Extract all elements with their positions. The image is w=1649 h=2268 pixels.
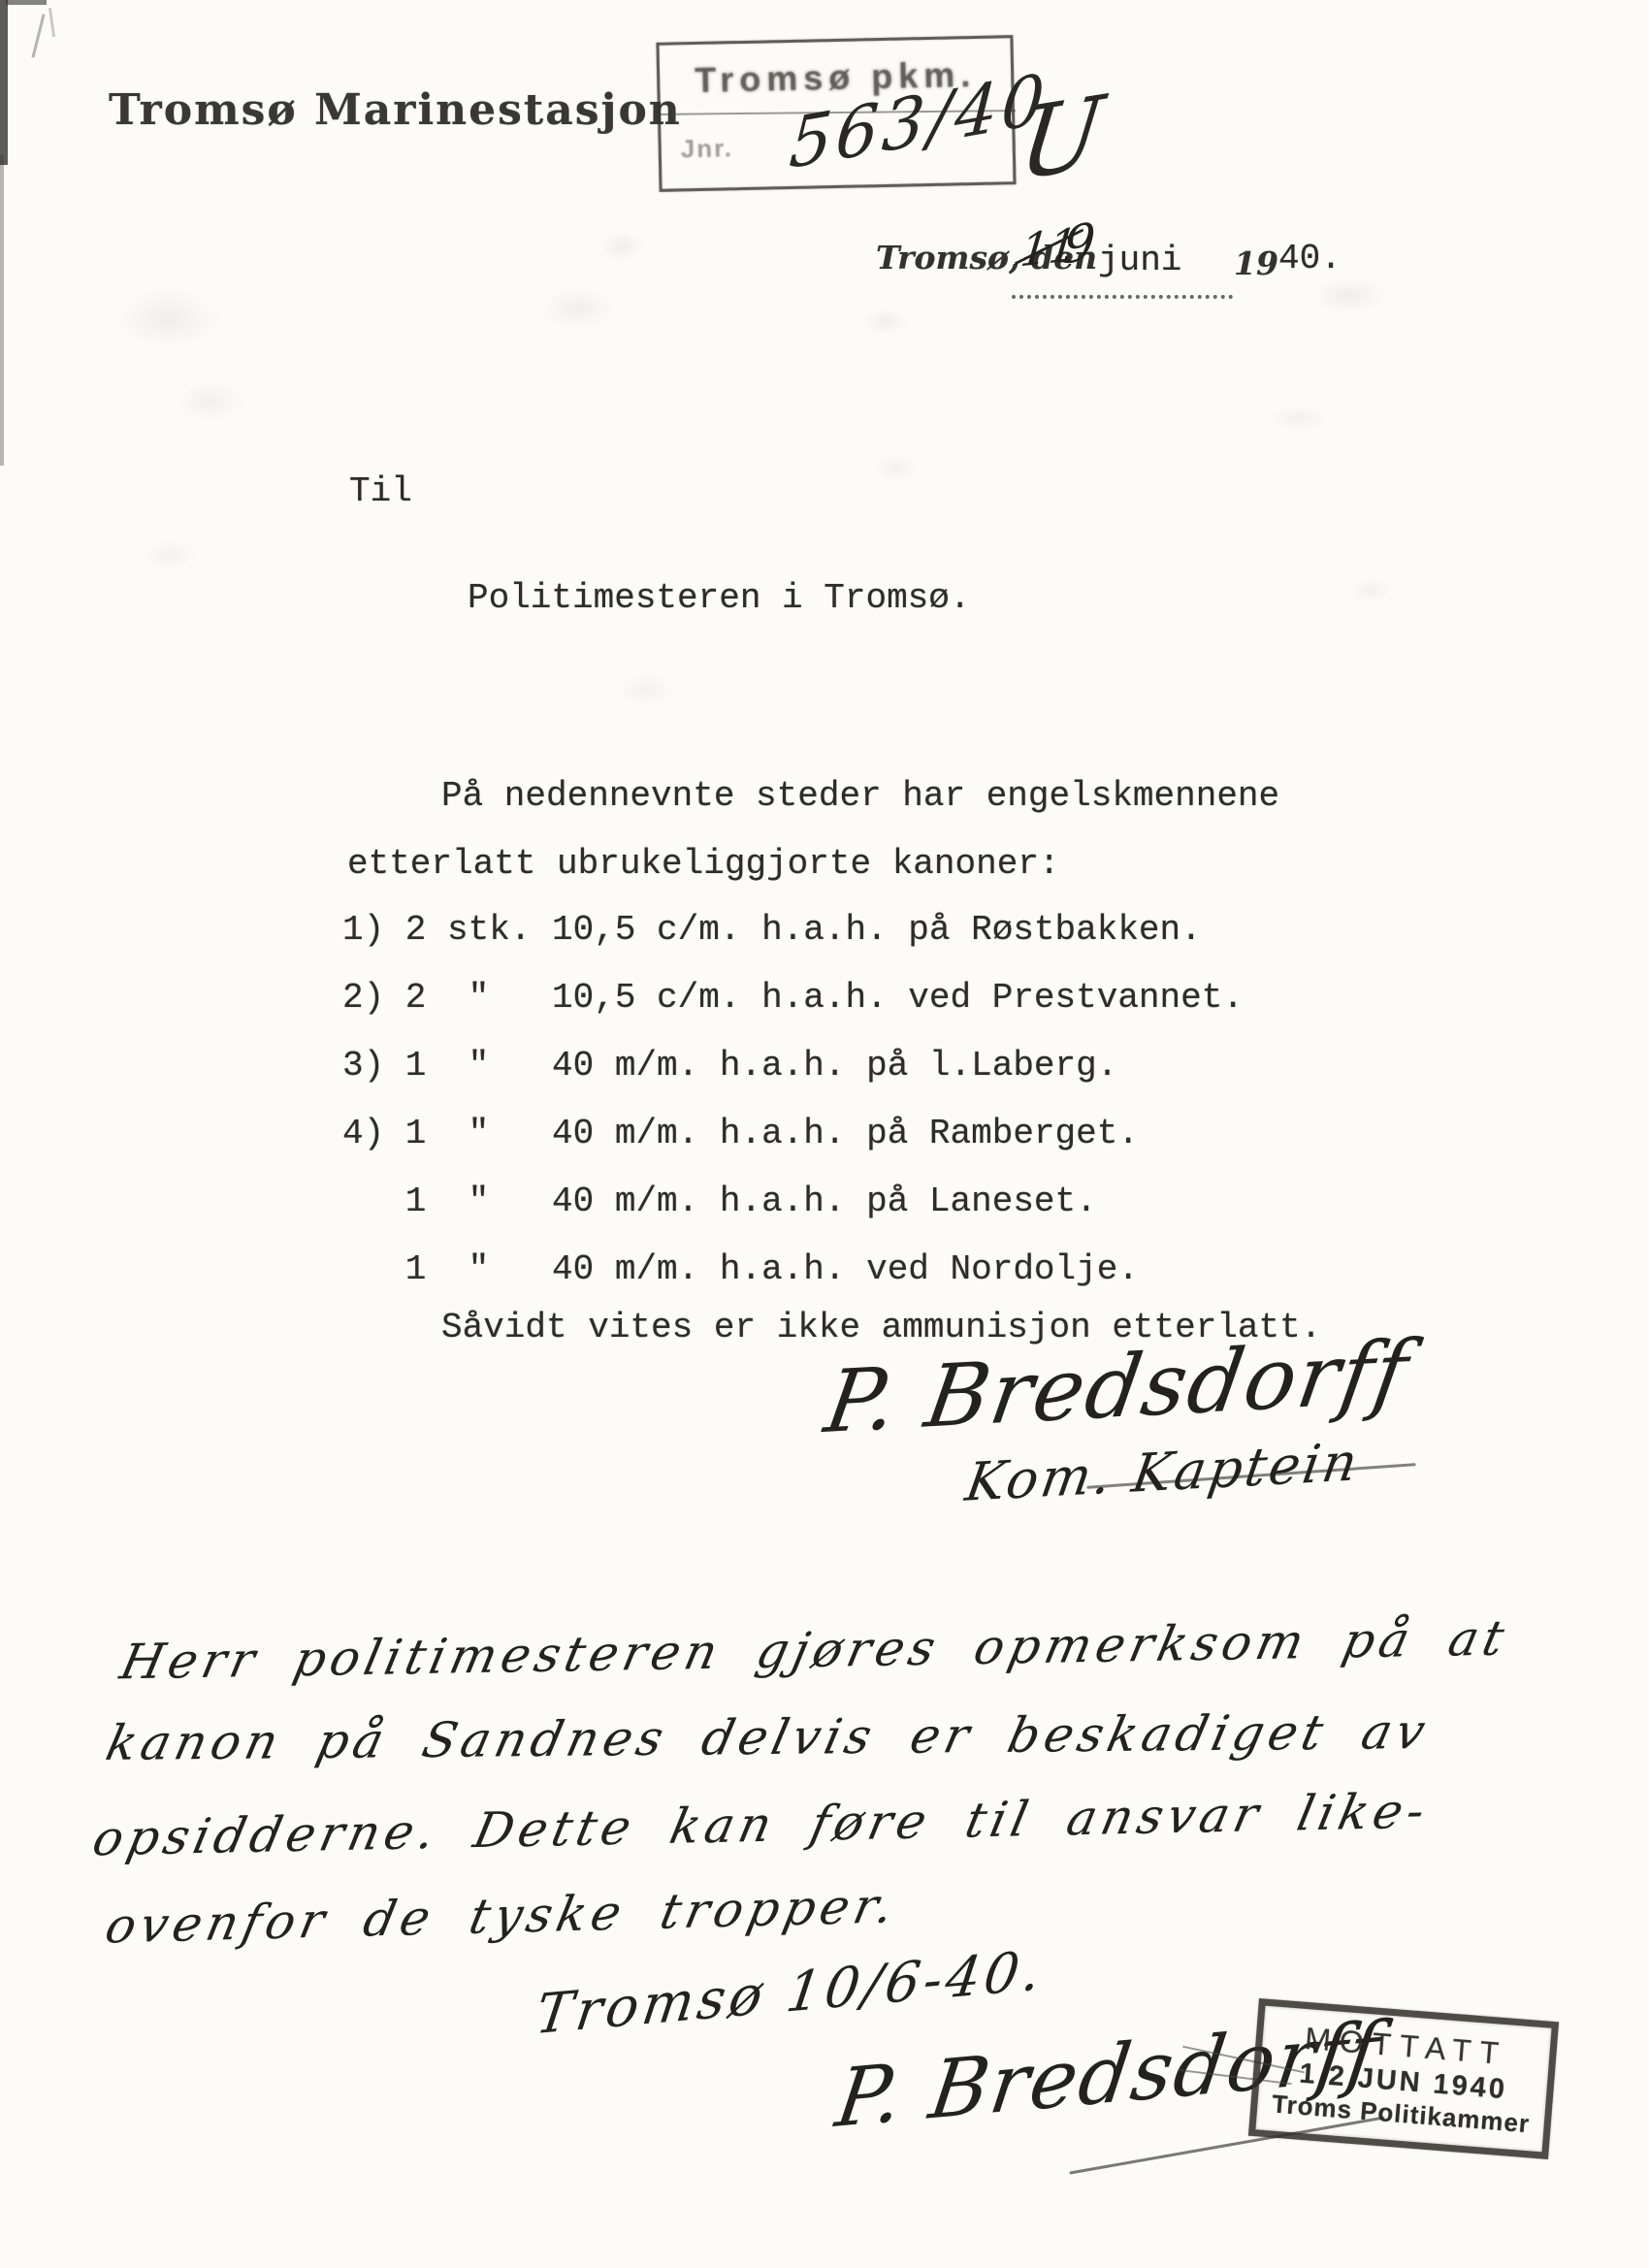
pencil-mark: [31, 14, 45, 57]
gun-list-line: 1 " 40 m/m. h.a.h. på Laneset.: [342, 1182, 1097, 1221]
handwritten-note-line: opsidderne. Dette kan føre til ansvar li…: [88, 1783, 1435, 1867]
scan-smudge: [617, 673, 675, 706]
received-stamp: MOTTATT 1 2 JUN 1940 Troms Politikammer: [1248, 1998, 1559, 2159]
scan-smudge: [861, 308, 908, 336]
body-intro-line-1: På nedennevnte steder har engelskmennene: [441, 776, 1279, 816]
letterhead-title: Tromsø Marinestasjon: [109, 85, 682, 135]
handwritten-note-line: ovenfor de tyske tropper.: [101, 1877, 903, 1954]
scan-smudge: [875, 454, 918, 483]
scan-smudge: [539, 287, 617, 330]
body-intro-line-2: etterlatt ubrukeliggjorte kanoner:: [347, 844, 1060, 884]
note-place-date: Tromsø 10/6-40.: [532, 1939, 1048, 2048]
gun-list-line: 3) 1 " 40 m/m. h.a.h. på l.Laberg.: [342, 1046, 1117, 1085]
gun-list-line: 2) 2 " 10,5 c/m. h.a.h. ved Prestvannet.: [342, 978, 1244, 1018]
gun-list-line: 4) 1 " 40 m/m. h.a.h. på Ramberget.: [342, 1114, 1139, 1153]
date-year-prefix: 19: [1234, 244, 1278, 282]
handwritten-note-line: Herr politimesteren gjøres opmerksom på …: [115, 1610, 1514, 1691]
scan-smudge: [114, 287, 221, 349]
date-year: 40.: [1278, 239, 1342, 278]
scanned-letter-page: Tromsø Marinestasjon Tromsø pkm. Jnr. 56…: [0, 0, 1649, 2268]
date-dotted-line: [1012, 260, 1233, 299]
scan-smudge: [177, 380, 244, 423]
journal-number-label: Jnr.: [680, 133, 733, 164]
scan-smudge: [1350, 578, 1393, 603]
recipient-salutation: Til: [349, 471, 412, 511]
scan-edge-artifact: [0, 155, 4, 466]
gun-list-line: 1 " 40 m/m. h.a.h. ved Nordolje.: [342, 1249, 1139, 1289]
gun-list-line: 1) 2 stk. 10,5 c/m. h.a.h. på Røstbakken…: [342, 910, 1202, 950]
scan-smudge: [1311, 277, 1387, 314]
scan-smudge: [144, 539, 196, 570]
scan-smudge: [1269, 405, 1329, 431]
clerk-initial: U: [1014, 74, 1109, 204]
handwritten-note-line: kanon på Sandnes delvis er beskadiget av: [101, 1703, 1435, 1771]
scan-edge-artifact: [0, 0, 8, 165]
scan-smudge: [599, 231, 644, 262]
recipient-name: Politimesteren i Tromsø.: [468, 578, 970, 618]
scan-edge-artifact: [6, 0, 47, 5]
pencil-mark: [48, 8, 55, 37]
